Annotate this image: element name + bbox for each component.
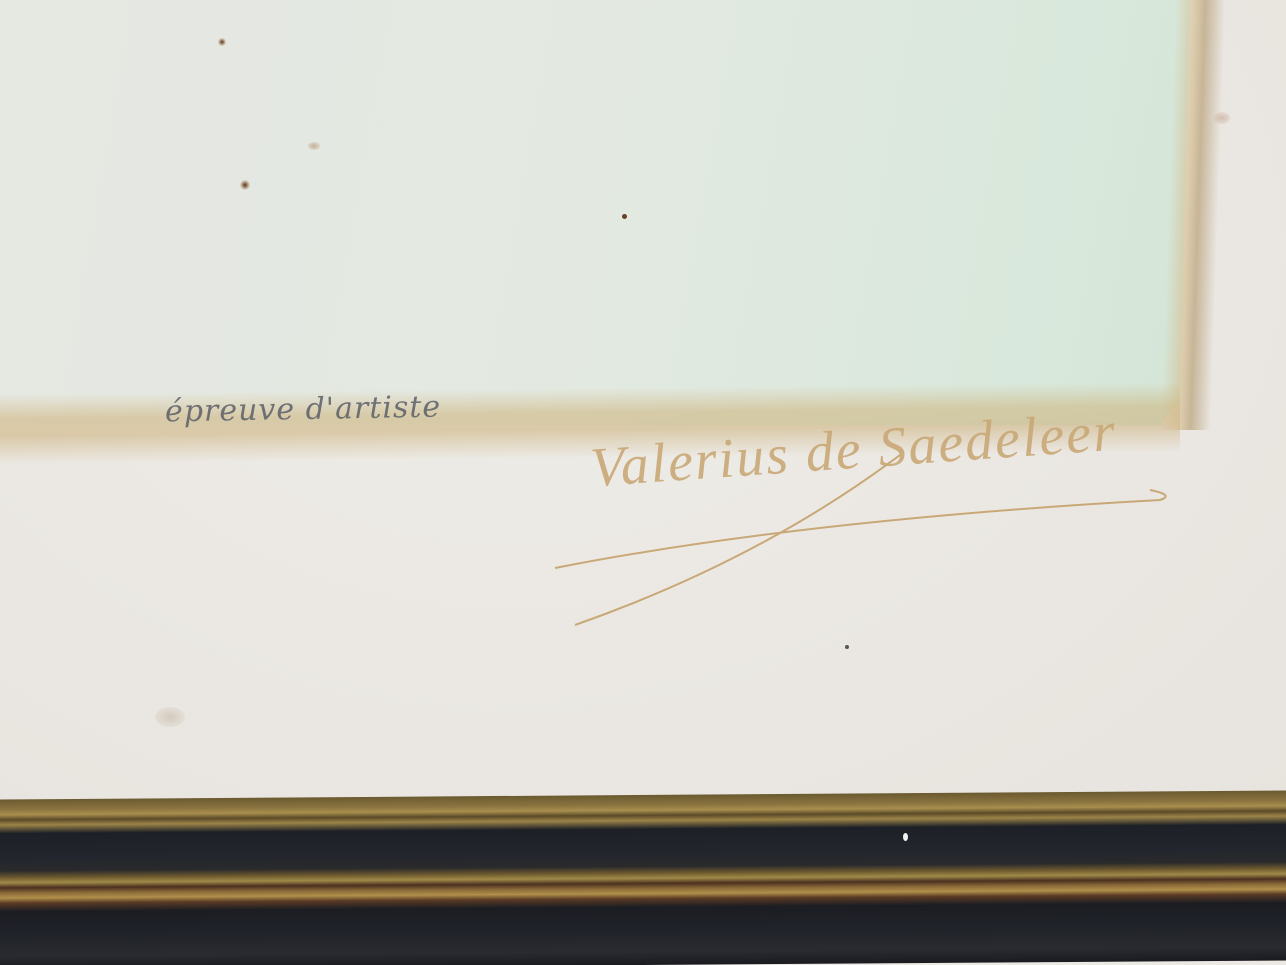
picture-frame bbox=[0, 791, 1286, 965]
photo-scene: épreuve d'artiste Valerius de Saedeleer bbox=[0, 0, 1286, 965]
frame-glint bbox=[903, 833, 908, 841]
